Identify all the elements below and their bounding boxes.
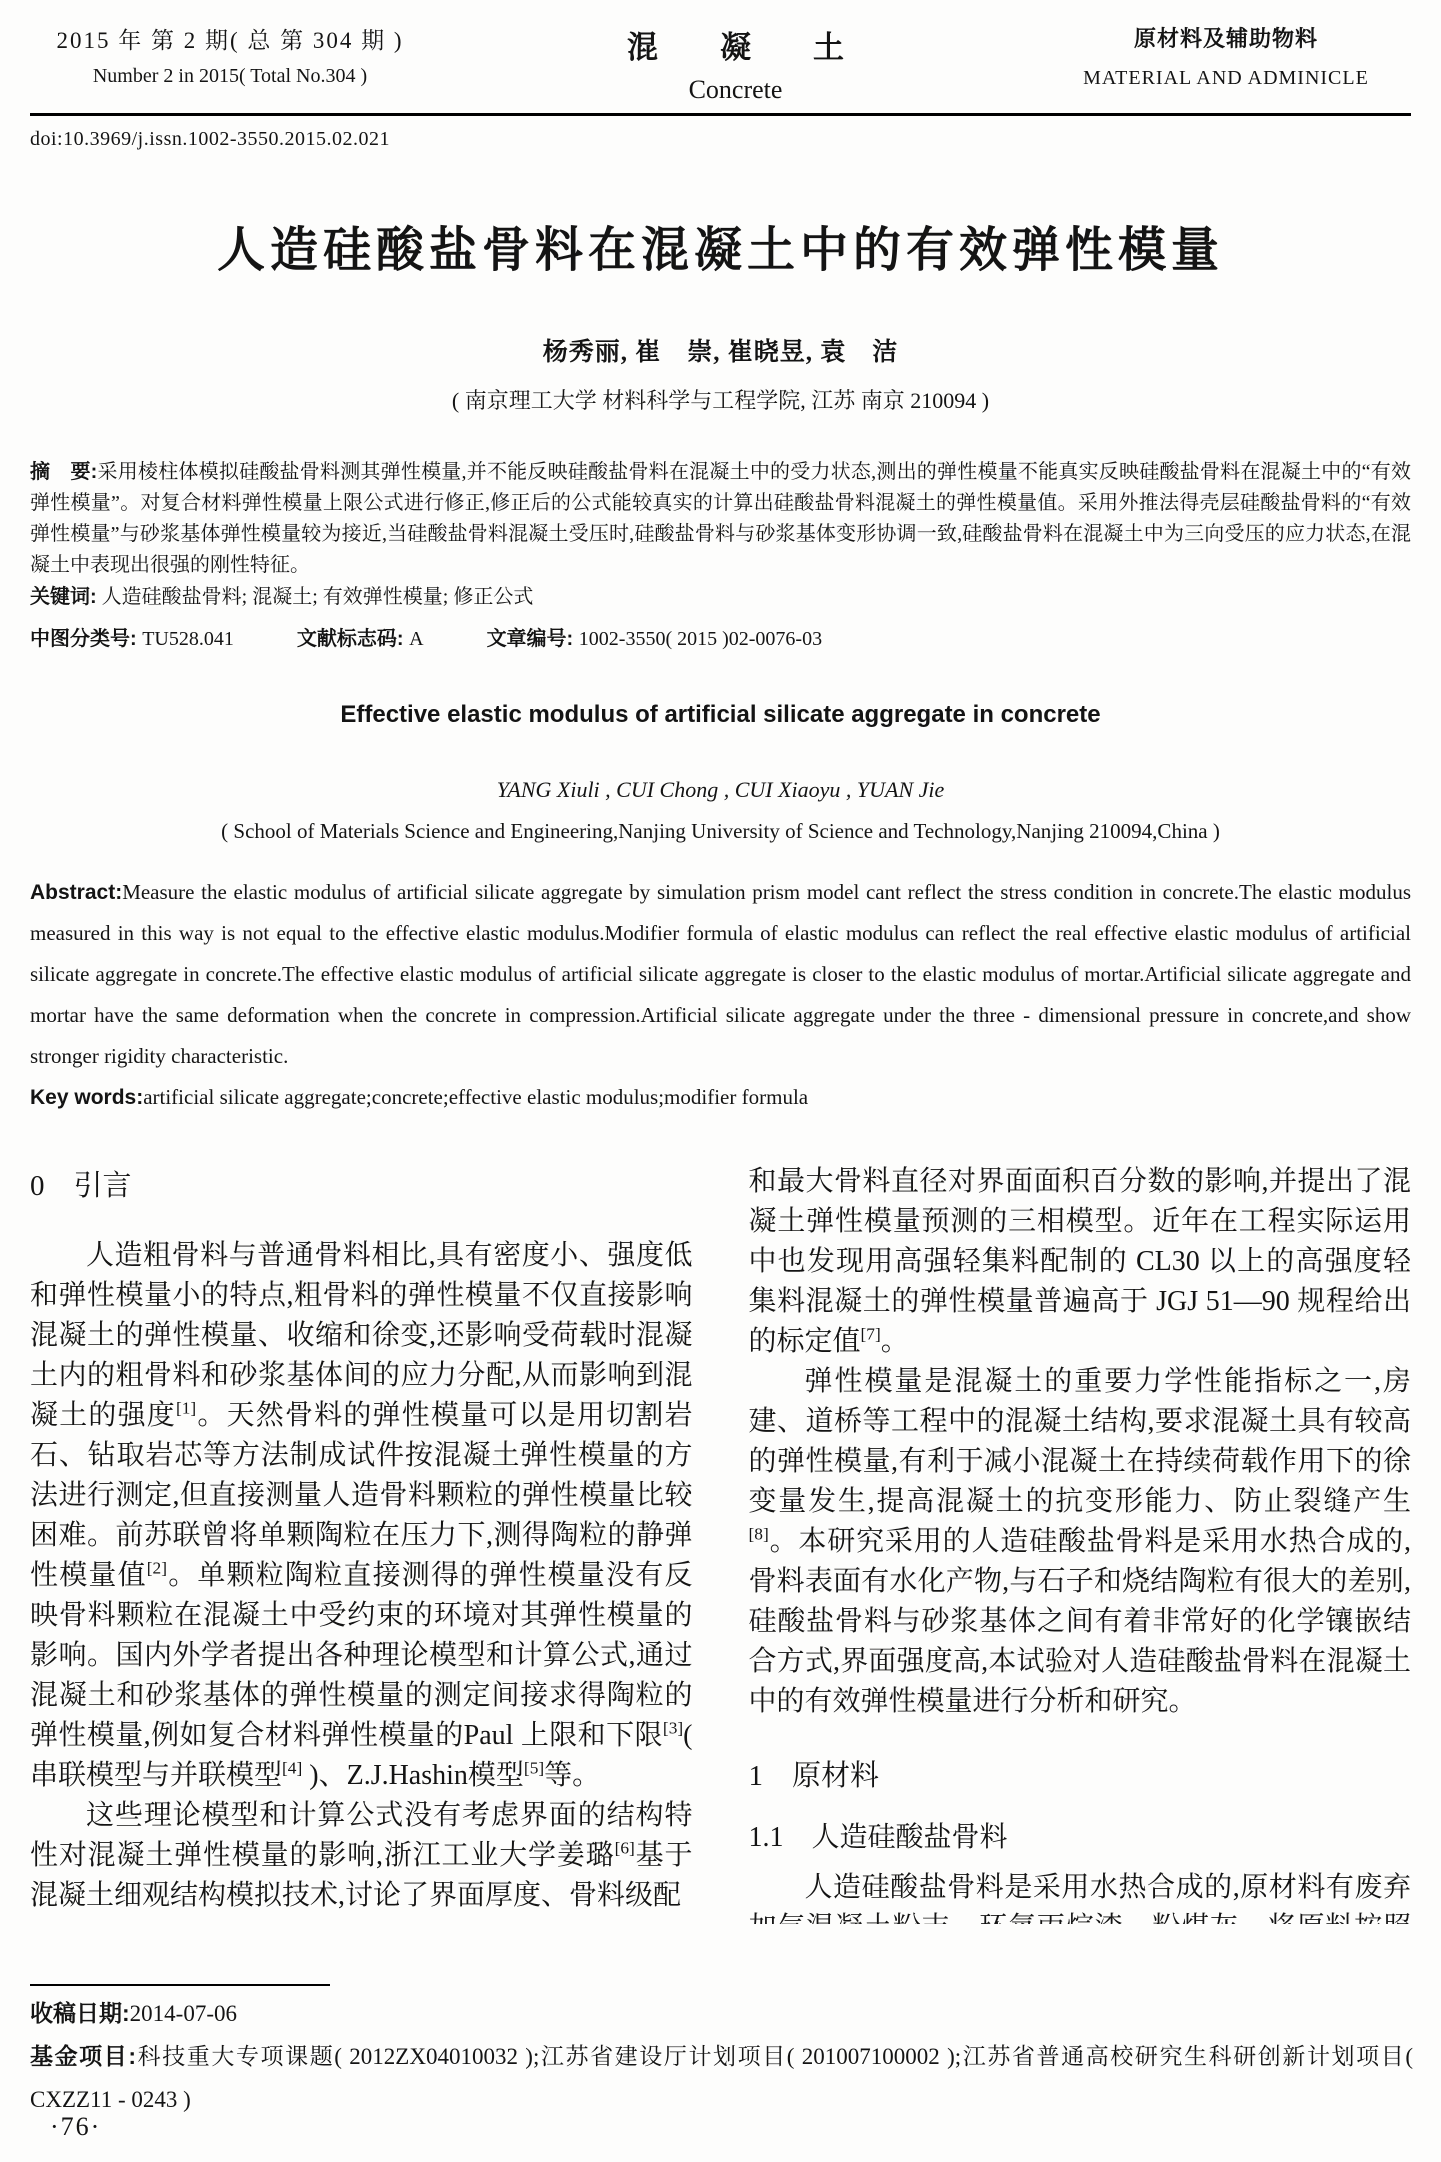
page-header: 2015 年 第 2 期( 总 第 304 期 ) Number 2 in 20… — [30, 22, 1411, 105]
column-name-en: MATERIAL AND ADMINICLE — [1041, 67, 1411, 90]
column-block: 原材料及辅助物料 MATERIAL AND ADMINICLE — [1041, 22, 1411, 90]
page-number: ·76· — [50, 2112, 101, 2142]
abstract-en: Abstract:Measure the elastic modulus of … — [30, 872, 1411, 1077]
doc-code: 文献标志码: A — [297, 628, 424, 650]
keywords-en: Key words:artificial silicate aggregate;… — [30, 1077, 1411, 1118]
section-0-heading: 0 引言 — [30, 1166, 693, 1206]
left-column: 0 引言 人造粗骨料与普通骨料相比,具有密度小、强度低和弹性模量小的特点,粗骨料… — [30, 1162, 693, 1924]
article-id-value: 1002-3550( 2015 )02-0076-03 — [579, 628, 822, 650]
journal-name-en: Concrete — [430, 75, 1041, 105]
keywords-cn: 关键词: 人造硅酸盐骨料; 混凝土; 有效弹性模量; 修正公式 — [30, 582, 1411, 613]
header-divider — [30, 113, 1411, 116]
article-id: 文章编号: 1002-3550( 2015 )02-0076-03 — [487, 628, 823, 650]
body-columns: 0 引言 人造粗骨料与普通骨料相比,具有密度小、强度低和弹性模量小的特点,粗骨料… — [30, 1162, 1411, 1924]
journal-page: 2015 年 第 2 期( 总 第 304 期 ) Number 2 in 20… — [0, 0, 1441, 2162]
keywords-text-cn: 人造硅酸盐骨料; 混凝土; 有效弹性模量; 修正公式 — [102, 586, 534, 608]
journal-name-block: 混 凝 土 Concrete — [430, 22, 1041, 105]
received-date-label: 收稿日期: — [30, 2000, 130, 2026]
right-column: 和最大骨料直径对界面面积百分数的影响,并提出了混凝土弹性模量预测的三相模型。近年… — [749, 1162, 1412, 1924]
affiliation-cn: ( 南京理工大学 材料科学与工程学院, 江苏 南京 210094 ) — [30, 384, 1411, 415]
keywords-label-en: Key words: — [30, 1086, 143, 1109]
clc-number: 中图分类号: TU528.041 — [30, 628, 234, 650]
right-paragraph-2: 弹性模量是混凝土的重要力学性能指标之一,房建、道桥等工程中的混凝土结构,要求混凝… — [749, 1362, 1412, 1722]
article-title-en: Effective elastic modulus of artificial … — [30, 701, 1411, 729]
left-paragraph-2: 这些理论模型和计算公式没有考虑界面的结构特性对混凝土弹性模量的影响,浙江工业大学… — [30, 1796, 693, 1916]
classification-line: 中图分类号: TU528.041 文献标志码: A 文章编号: 1002-355… — [30, 622, 1411, 651]
section-1-heading: 1 原材料 — [749, 1756, 1412, 1796]
right-paragraph-3: 人造硅酸盐骨料是采用水热合成的,原材料有废弃加气混凝土粉末、环氧丙烷渣、粉煤灰。… — [749, 1868, 1412, 1924]
abstract-label-en: Abstract: — [30, 881, 122, 904]
abstract-label-cn: 摘 要: — [30, 461, 97, 483]
doc-code-value: A — [409, 628, 423, 650]
fund-label: 基金项目: — [30, 2043, 136, 2069]
issue-block: 2015 年 第 2 期( 总 第 304 期 ) Number 2 in 20… — [30, 22, 430, 88]
article-id-label: 文章编号: — [487, 628, 579, 650]
authors-en: YANG Xiuli , CUI Chong , CUI Xiaoyu , YU… — [30, 777, 1411, 803]
abstract-text-cn: 采用棱柱体模拟硅酸盐骨料测其弹性模量,并不能反映硅酸盐骨料在混凝土中的受力状态,… — [30, 461, 1411, 576]
doc-code-label: 文献标志码: — [297, 628, 409, 650]
footnote-block: 收稿日期:2014-07-06 基金项目:科技重大专项课题( 2012ZX040… — [30, 1984, 1413, 2121]
affiliation-en: ( School of Materials Science and Engine… — [30, 819, 1411, 844]
footnote-divider — [30, 1984, 330, 1986]
abstract-text-en: Measure the elastic modulus of artificia… — [30, 880, 1411, 1068]
journal-name-cn: 混 凝 土 — [430, 22, 1041, 67]
issue-cn: 2015 年 第 2 期( 总 第 304 期 ) — [30, 22, 430, 55]
right-paragraph-1: 和最大骨料直径对界面面积百分数的影响,并提出了混凝土弹性模量预测的三相模型。近年… — [749, 1162, 1412, 1362]
abstract-cn: 摘 要:采用棱柱体模拟硅酸盐骨料测其弹性模量,并不能反映硅酸盐骨料在混凝土中的受… — [30, 457, 1411, 581]
received-date-value: 2014-07-06 — [130, 2001, 237, 2026]
doi-line: doi:10.3969/j.issn.1002-3550.2015.02.021 — [30, 128, 1411, 151]
column-name-cn: 原材料及辅助物料 — [1041, 22, 1411, 53]
authors-cn: 杨秀丽, 崔 崇, 崔晓昱, 袁 洁 — [30, 332, 1411, 368]
section-1-1-heading: 1.1 人造硅酸盐骨料 — [749, 1818, 1412, 1858]
clc-value: TU528.041 — [142, 628, 234, 650]
received-date-line: 收稿日期:2014-07-06 — [30, 1992, 1413, 2035]
left-paragraph-1: 人造粗骨料与普通骨料相比,具有密度小、强度低和弹性模量小的特点,粗骨料的弹性模量… — [30, 1236, 693, 1796]
clc-label: 中图分类号: — [30, 628, 142, 650]
keywords-text-en: artificial silicate aggregate;concrete;e… — [143, 1085, 808, 1109]
fund-line: 基金项目:科技重大专项课题( 2012ZX04010032 );江苏省建设厅计划… — [30, 2035, 1413, 2121]
keywords-label-cn: 关键词: — [30, 586, 97, 608]
fund-text: 科技重大专项课题( 2012ZX04010032 );江苏省建设厅计划项目( 2… — [30, 2044, 1413, 2112]
article-title-cn: 人造硅酸盐骨料在混凝土中的有效弹性模量 — [30, 211, 1411, 280]
issue-en: Number 2 in 2015( Total No.304 ) — [30, 65, 430, 88]
